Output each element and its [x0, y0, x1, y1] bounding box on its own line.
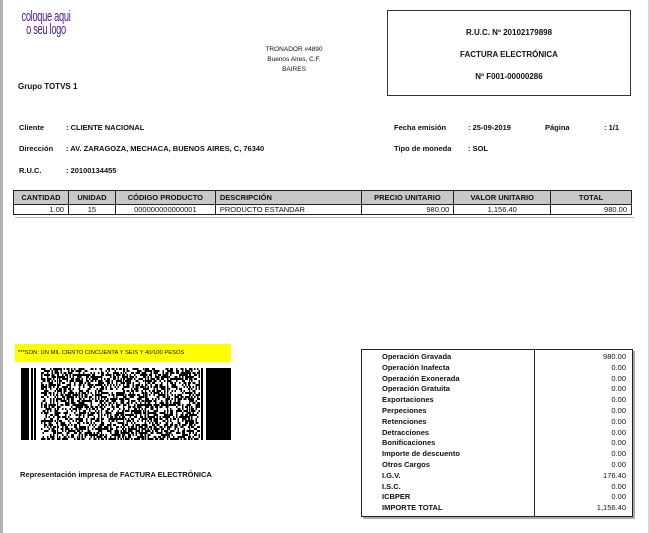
items-header-row: CANTIDAD UNIDAD CÓDIGO PRODUCTO DESCRIPC…	[14, 191, 632, 205]
summary-value: 0.00	[611, 482, 626, 493]
summary-label: Detracciones	[382, 428, 429, 439]
table-row: 1.00 15 000000000000001 PRODUCTO ESTANDA…	[14, 205, 632, 215]
summary-value: 176.40	[603, 471, 626, 482]
summary-value: 0.00	[611, 417, 626, 428]
summary-value: 0.00	[611, 374, 626, 385]
summary-row: Operación Exonerada0.00	[362, 374, 632, 385]
address-line-2: Buenos Aires, C.F.	[250, 55, 338, 65]
cell-cantidad: 1.00	[14, 205, 69, 215]
summary-label: Operación Gravada	[382, 352, 451, 363]
fecha-value: : 25-09-2019	[468, 123, 511, 132]
cell-codigo: 000000000000001	[115, 205, 215, 215]
summary-label: I.S.C.	[382, 482, 401, 493]
ruc-value: : 20100134455	[66, 166, 116, 175]
issuer-ruc: R.U.C. Nº 20102179898	[388, 28, 630, 37]
summary-label: Operación Exonerada	[382, 374, 460, 385]
summary-row: IMPORTE TOTAL1,156.40	[362, 503, 632, 514]
summary-row: Operación Gratuita0.00	[362, 384, 632, 395]
printed-representation-note: Representación impresa de FACTURA ELECTR…	[20, 470, 212, 479]
summary-row: Importe de descuento0.00	[362, 449, 632, 460]
moneda-label: Tipo de moneda	[394, 144, 451, 153]
ruc-box: R.U.C. Nº 20102179898 FACTURA ELECTRÓNIC…	[387, 10, 631, 96]
amount-in-words: ***SON: UN MIL CIENTO CINCUENTA Y SEIS Y…	[15, 344, 231, 362]
summary-label: Perpeciones	[382, 406, 427, 417]
summary-value: 0.00	[611, 395, 626, 406]
summary-label: Retenciones	[382, 417, 427, 428]
summary-label: ICBPER	[382, 492, 410, 503]
col-descripcion: DESCRIPCIÓN	[215, 191, 361, 205]
summary-row: Operación Inafecta0.00	[362, 363, 632, 374]
summary-value: 0.00	[611, 460, 626, 471]
moneda-value: : SOL	[468, 144, 488, 153]
cliente-value: : CLIENTE NACIONAL	[66, 123, 144, 132]
direccion-value: : AV. ZARAGOZA, MECHACA, BUENOS AIRES, C…	[66, 144, 264, 153]
col-valor-unitario: VALOR UNITARIO	[454, 191, 551, 205]
col-codigo: CÓDIGO PRODUCTO	[115, 191, 215, 205]
summary-label: Operación Inafecta	[382, 363, 450, 374]
summary-row: Exportaciones0.00	[362, 395, 632, 406]
direccion-label: Dirección	[19, 144, 53, 153]
summary-label: IMPORTE TOTAL	[382, 503, 443, 514]
cell-unidad: 15	[68, 205, 115, 215]
cell-descripcion: PRODUCTO ESTANDAR	[215, 205, 361, 215]
summary-label: Exportaciones	[382, 395, 434, 406]
logo-placeholder: coloque aqui o seu logo	[15, 10, 77, 36]
summary-value: 980.00	[603, 352, 626, 363]
document-type: FACTURA ELECTRÓNICA	[388, 50, 630, 59]
summary-row: Detracciones0.00	[362, 428, 632, 439]
summary-value: 0.00	[611, 438, 626, 449]
summary-row: Perpeciones0.00	[362, 406, 632, 417]
summary-value: 0.00	[611, 406, 626, 417]
summary-row: Bonificaciones0.00	[362, 438, 632, 449]
summary-label: Operación Gratuita	[382, 384, 450, 395]
items-table: CANTIDAD UNIDAD CÓDIGO PRODUCTO DESCRIPC…	[13, 190, 632, 215]
summary-value: 0.00	[611, 428, 626, 439]
summary-row: ICBPER0.00	[362, 492, 632, 503]
summary-label: Importe de descuento	[382, 449, 460, 460]
col-precio-unitario: PRECIO UNITARIO	[361, 191, 454, 205]
col-cantidad: CANTIDAD	[14, 191, 69, 205]
col-unidad: UNIDAD	[68, 191, 115, 205]
summary-value: 1,156.40	[597, 503, 626, 514]
pagina-value: : 1/1	[604, 123, 619, 132]
cell-valor-unitario: 1,156.40	[454, 205, 551, 215]
cliente-label: Cliente	[19, 123, 44, 132]
cell-precio-unitario: 980.00	[361, 205, 454, 215]
summary-label: I.G.V.	[382, 471, 400, 482]
summary-value: 0.00	[611, 363, 626, 374]
col-total: TOTAL	[551, 191, 632, 205]
summary-row: I.S.C.0.00	[362, 482, 632, 493]
table-shadow	[15, 217, 634, 218]
document-number: Nº F001-00000286	[388, 72, 630, 81]
pagina-label: Página	[545, 123, 570, 132]
totals-summary: Operación Gravada980.00Operación Inafect…	[361, 349, 633, 517]
address-line-1: TRONADOR #4890	[250, 45, 338, 55]
pdf417-barcode-icon	[21, 368, 231, 440]
summary-value: 0.00	[611, 384, 626, 395]
fecha-label: Fecha emisión	[394, 123, 446, 132]
summary-label: Otros Cargos	[382, 460, 430, 471]
summary-row: I.G.V.176.40	[362, 471, 632, 482]
summary-value: 0.00	[611, 492, 626, 503]
company-address: TRONADOR #4890 Buenos Aires, C.F. BAIRES	[250, 45, 338, 75]
page-left-edge	[0, 0, 3, 533]
summary-row: Otros Cargos0.00	[362, 460, 632, 471]
summary-label: Bonificaciones	[382, 438, 435, 449]
company-name: Grupo TOTVS 1	[18, 82, 77, 91]
address-line-3: BAIRES	[250, 65, 338, 75]
summary-row: Retenciones0.00	[362, 417, 632, 428]
cell-total: 980.00	[551, 205, 632, 215]
ruc-label: R.U.C.	[19, 166, 42, 175]
summary-value: 0.00	[611, 449, 626, 460]
summary-row: Operación Gravada980.00	[362, 352, 632, 363]
